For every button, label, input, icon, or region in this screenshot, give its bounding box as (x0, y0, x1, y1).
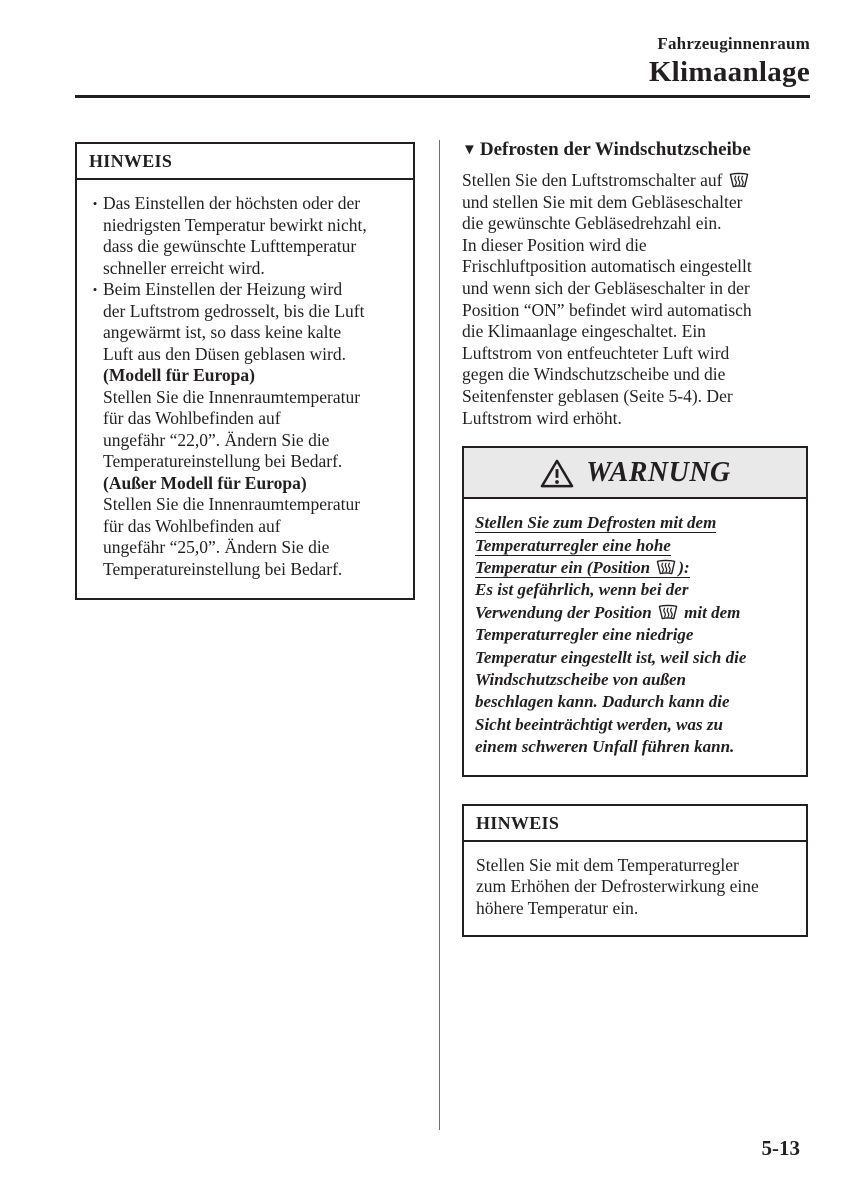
warning-triangle-icon (539, 458, 575, 489)
left-hinweis-box: HINWEIS • Das Einstellen der höchsten od… (75, 142, 415, 600)
bullet-text: Beim Einstellen der Heizung wird der Luf… (103, 279, 407, 580)
warning-title: WARNUNG (586, 457, 731, 489)
warning-body: Stellen Sie zum Defrosten mit dem Temper… (464, 499, 806, 774)
right-hinweis-body: Stellen Sie mit dem Temperaturregler zum… (464, 842, 806, 936)
bullet-text-part: Stellen Sie die Innenraumtemperatur für … (103, 387, 360, 472)
intro-text-part: Stellen Sie den Luftstromschalter auf (462, 170, 727, 190)
list-item: • Das Einstellen der höchsten oder der n… (87, 193, 407, 279)
section-title: Defrosten der Windschutzscheibe (480, 139, 751, 161)
right-hinweis-title: HINWEIS (464, 806, 806, 842)
intro-text-part: und stellen Sie mit dem Gebläseschalter … (462, 192, 752, 428)
bullet-text-part: Stellen Sie die Innenraumtemperatur für … (103, 494, 360, 579)
left-hinweis-title: HINWEIS (77, 144, 413, 180)
section-marker-triangle-icon: ▼ (462, 143, 477, 158)
warning-lead-line: Temperatur ein (Position ): (475, 558, 690, 578)
page-number: 5-13 (762, 1136, 801, 1161)
defrost-windshield-icon (654, 559, 678, 576)
header-rule (75, 95, 810, 98)
page-title: Klimaanlage (649, 56, 810, 89)
warning-text: Es ist gefährlich, wenn bei der Verwendu… (475, 579, 798, 758)
column-divider (439, 140, 440, 1130)
manual-page: Fahrzeuginnenraum Klimaanlage HINWEIS • … (0, 0, 845, 1200)
except-model-europe-subheading: (Außer Modell für Europa) (103, 473, 307, 493)
bullet-text-part: Beim Einstellen der Heizung wird der Luf… (103, 279, 364, 364)
warning-box: WARNUNG Stellen Sie zum Defrosten mit de… (462, 446, 808, 776)
defrost-windshield-icon (656, 604, 680, 621)
section-intro-paragraph: Stellen Sie den Luftstromschalter auf un… (462, 170, 808, 429)
warning-lead-part: ): (678, 558, 689, 577)
warning-header: WARNUNG (464, 448, 806, 499)
warning-lead-part: Temperatur ein (Position (475, 558, 654, 577)
defrost-windshield-icon (727, 172, 751, 189)
right-column: ▼ Defrosten der Windschutzscheibe Stelle… (462, 139, 808, 937)
header-section-label: Fahrzeuginnenraum (649, 34, 810, 54)
model-europe-subheading: (Modell für Europa) (103, 365, 255, 385)
left-hinweis-body: • Das Einstellen der höchsten oder der n… (77, 180, 413, 598)
warning-lead-line: Temperaturregler eine hohe (475, 536, 671, 556)
warning-text-part: mit dem Temperaturregler eine niedrige T… (475, 603, 746, 756)
bullet-text: Das Einstellen der höchsten oder der nie… (103, 193, 407, 279)
section-heading: ▼ Defrosten der Windschutzscheibe (462, 139, 808, 161)
bullet-icon: • (87, 193, 103, 215)
page-header: Fahrzeuginnenraum Klimaanlage (649, 34, 810, 89)
warning-lead-line: Stellen Sie zum Defrosten mit dem (475, 513, 716, 533)
list-item: • Beim Einstellen der Heizung wird der L… (87, 279, 407, 580)
right-hinweis-box: HINWEIS Stellen Sie mit dem Temperaturre… (462, 804, 808, 938)
bullet-icon: • (87, 279, 103, 301)
